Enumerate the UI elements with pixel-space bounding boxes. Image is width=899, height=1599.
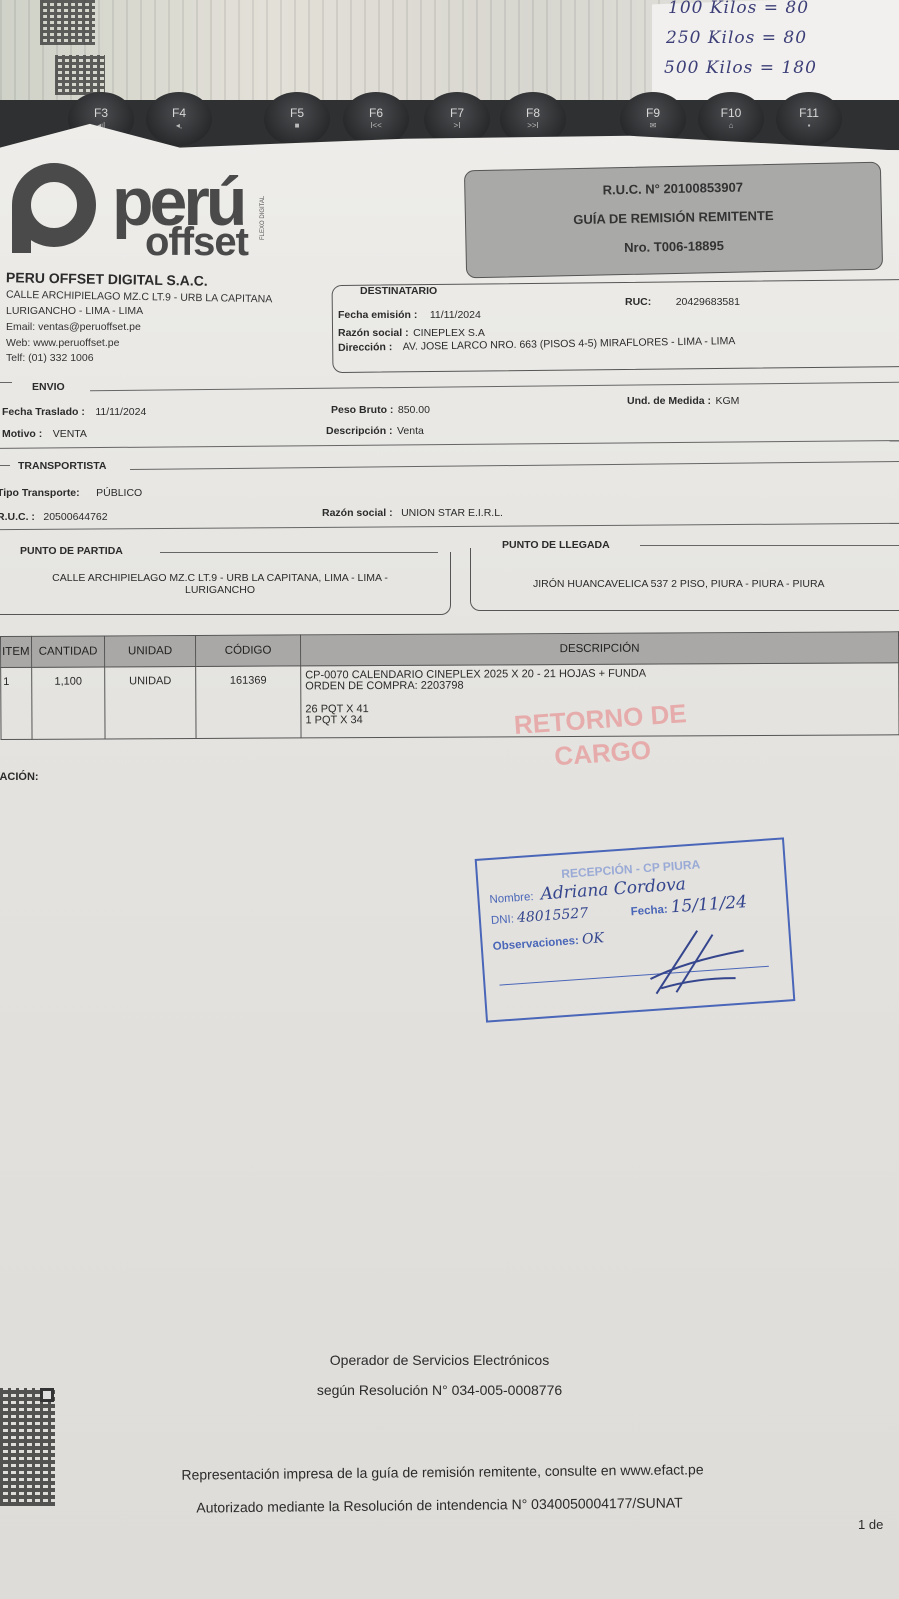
stamp-dni: DNI: 48015527 xyxy=(490,905,588,928)
lock-icon: ▪ xyxy=(776,121,842,130)
envio-motivo: Motivo : VENTA xyxy=(2,424,87,442)
volume-icon: ◂, xyxy=(146,121,212,130)
descripcion-label: Descripción : xyxy=(326,425,393,437)
issuer-address: LURIGANCHO - LIMA - LIMA xyxy=(6,305,143,317)
divider xyxy=(640,545,899,546)
divider xyxy=(0,382,12,383)
key-label: F11 xyxy=(776,106,842,120)
background-qr-code xyxy=(40,0,95,45)
transportista-tipo: Tipo Transporte: PÚBLICO xyxy=(0,483,142,501)
unidad-medida-value: KGM xyxy=(715,395,739,407)
reception-stamp: RECEPCIÓN - CP PIURA Nombre: Adriana Cor… xyxy=(475,837,796,1022)
fecha-emision-value: 11/11/2024 xyxy=(430,309,481,321)
key-label: F4 xyxy=(146,106,212,120)
partida-address-line: LURIGANCHO xyxy=(0,584,440,596)
col-header-cantidad: CANTIDAD xyxy=(32,636,105,667)
destinatario-ruc: RUC: 20429683581 xyxy=(625,292,740,310)
key-label: F9 xyxy=(620,106,686,120)
key-label: F5 xyxy=(264,106,330,120)
signature-icon xyxy=(642,922,757,1004)
logo-side-text: FLEXO DIGITAL xyxy=(260,196,266,240)
destinatario-fecha: Fecha emisión : 11/11/2024 xyxy=(338,305,481,323)
peso-bruto-label: Peso Bruto : xyxy=(331,404,393,416)
key-label: F10 xyxy=(698,106,764,120)
motivo-value: VENTA xyxy=(53,428,87,440)
operator-line: Operador de Servicios Electrónicos xyxy=(0,1352,889,1368)
issuer-phone: Telf: (01) 332 1006 xyxy=(6,352,94,364)
observacion-label: OBSERVACIÓN: xyxy=(0,771,39,783)
mail-icon: ✉ xyxy=(620,121,686,130)
operator-resolution: según Resolución N° 034-005-0008776 xyxy=(0,1382,889,1398)
destinatario-ruc-label: RUC: xyxy=(625,296,651,308)
fecha-traslado-value: 11/11/2024 xyxy=(95,406,146,418)
envio-unidad: Und. de Medida : KGM xyxy=(627,391,739,409)
items-table: ITEM CANTIDAD UNIDAD CÓDIGO DESCRIPCIÓN … xyxy=(0,631,899,740)
transportista-ruc-value: 20500644762 xyxy=(43,511,107,523)
cell-item: 1 xyxy=(1,667,32,739)
stamp-obs: Observaciones: OK xyxy=(492,930,604,954)
divider xyxy=(160,552,438,553)
logo-stem-icon xyxy=(12,205,31,253)
unidad-medida-label: Und. de Medida : xyxy=(627,395,711,407)
cell-unidad: UNIDAD xyxy=(105,666,196,738)
obs-label: Observaciones: xyxy=(492,935,579,953)
table-row: 1 1,100 UNIDAD 161369 CP-0070 CALENDARIO… xyxy=(1,663,899,740)
retorno-cargo-stamp: RETORNO DE CARGO xyxy=(513,696,690,776)
issuer-web: Web: www.peruoffset.pe xyxy=(6,337,119,349)
partida-title: PUNTO DE PARTIDA xyxy=(20,545,123,557)
key-label: F3 xyxy=(68,106,134,120)
document-header-box: R.U.C. N° 20100853907 GUÍA DE REMISIÓN R… xyxy=(464,162,883,279)
note-line: 250 Kilos = 80 xyxy=(666,28,807,48)
transportista-razon-value: UNION STAR E.I.R.L. xyxy=(401,507,503,519)
llegada-title: PUNTO DE LLEGADA xyxy=(502,539,610,551)
tipo-transporte-value: PÚBLICO xyxy=(96,487,142,499)
key-f10: F10⌂ xyxy=(698,92,764,146)
dni-label: DNI: xyxy=(491,913,515,927)
envio-fecha: Fecha Traslado : 11/11/2024 xyxy=(2,402,146,420)
key-label: F6 xyxy=(343,106,409,120)
home-icon: ⌂ xyxy=(698,121,764,130)
tipo-transporte-label: Tipo Transporte: xyxy=(0,487,80,499)
fecha-emision-label: Fecha emisión : xyxy=(338,309,417,321)
next-track-icon: >>I xyxy=(500,121,566,130)
dni-value: 48015527 xyxy=(517,905,589,926)
transportista-ruc: R.U.C. : 20500644762 xyxy=(0,507,108,525)
divider xyxy=(0,465,10,466)
transportista-razon-label: Razón social : xyxy=(322,507,393,519)
logo-sub: offset xyxy=(145,222,248,262)
col-header-descripcion: DESCRIPCIÓN xyxy=(300,632,898,666)
destinatario-ruc-value: 20429683581 xyxy=(676,296,740,308)
col-header-item: ITEM xyxy=(1,636,32,667)
background-qr-code xyxy=(55,55,105,95)
table-header-row: ITEM CANTIDAD UNIDAD CÓDIGO DESCRIPCIÓN xyxy=(1,632,899,668)
footer-qr-code xyxy=(0,1388,55,1506)
direccion-label: Dirección : xyxy=(338,341,392,354)
col-header-unidad: UNIDAD xyxy=(105,635,196,666)
qr-finder-icon xyxy=(40,1388,54,1402)
envio-descripcion: Descripción : Venta xyxy=(326,421,424,439)
document-number: Nro. T006-18895 xyxy=(466,235,881,259)
key-f4: F4◂, xyxy=(146,92,212,146)
issuer-email: Email: ventas@peruoffset.pe xyxy=(6,321,141,333)
fecha-traslado-label: Fecha Traslado : xyxy=(2,406,85,418)
transportista-ruc-label: R.U.C. : xyxy=(0,511,35,523)
previous-track-icon: I<< xyxy=(343,121,409,130)
descripcion-value: Venta xyxy=(397,425,424,437)
cell-cantidad: 1,100 xyxy=(32,667,105,739)
peso-bruto-value: 850.00 xyxy=(398,404,430,416)
note-line: 500 Kilos = 180 xyxy=(664,58,817,78)
envio-peso: Peso Bruto : 850.00 xyxy=(331,400,430,418)
note-line: 100 Kilos = 80 xyxy=(668,0,809,18)
key-f6: F6I<< xyxy=(343,92,409,146)
obs-value: OK xyxy=(581,930,604,947)
play-pause-icon: >I xyxy=(424,121,490,130)
stop-icon: ■ xyxy=(264,121,330,130)
col-header-codigo: CÓDIGO xyxy=(195,635,300,667)
key-f11: F11▪ xyxy=(776,92,842,146)
llegada-address: JIRÓN HUANCAVELICA 537 2 PISO, PIURA - P… xyxy=(533,578,825,590)
partida-address-line: CALLE ARCHIPIELAGO MZ.C LT.9 - URB LA CA… xyxy=(0,572,440,584)
transportista-title: TRANSPORTISTA xyxy=(18,460,106,472)
transportista-razon: Razón social : UNION STAR E.I.R.L. xyxy=(322,503,503,521)
page-number: 1 de xyxy=(858,1517,883,1532)
envio-title: ENVIO xyxy=(32,381,65,393)
destinatario-title: DESTINATARIO xyxy=(360,285,437,297)
motivo-label: Motivo : xyxy=(2,428,42,440)
issuer-ruc: R.U.C. N° 20100853907 xyxy=(465,177,880,201)
fecha-value: 15/11/24 xyxy=(670,892,748,917)
fecha-label: Fecha: xyxy=(630,904,668,919)
nombre-label: Nombre: xyxy=(489,891,534,906)
key-label: F8 xyxy=(500,106,566,120)
document-title: GUÍA DE REMISIÓN REMITENTE xyxy=(466,206,881,230)
key-f5: F5■ xyxy=(264,92,330,146)
partida-address: CALLE ARCHIPIELAGO MZ.C LT.9 - URB LA CA… xyxy=(0,572,440,596)
cell-codigo: 161369 xyxy=(196,666,301,739)
key-label: F7 xyxy=(424,106,490,120)
